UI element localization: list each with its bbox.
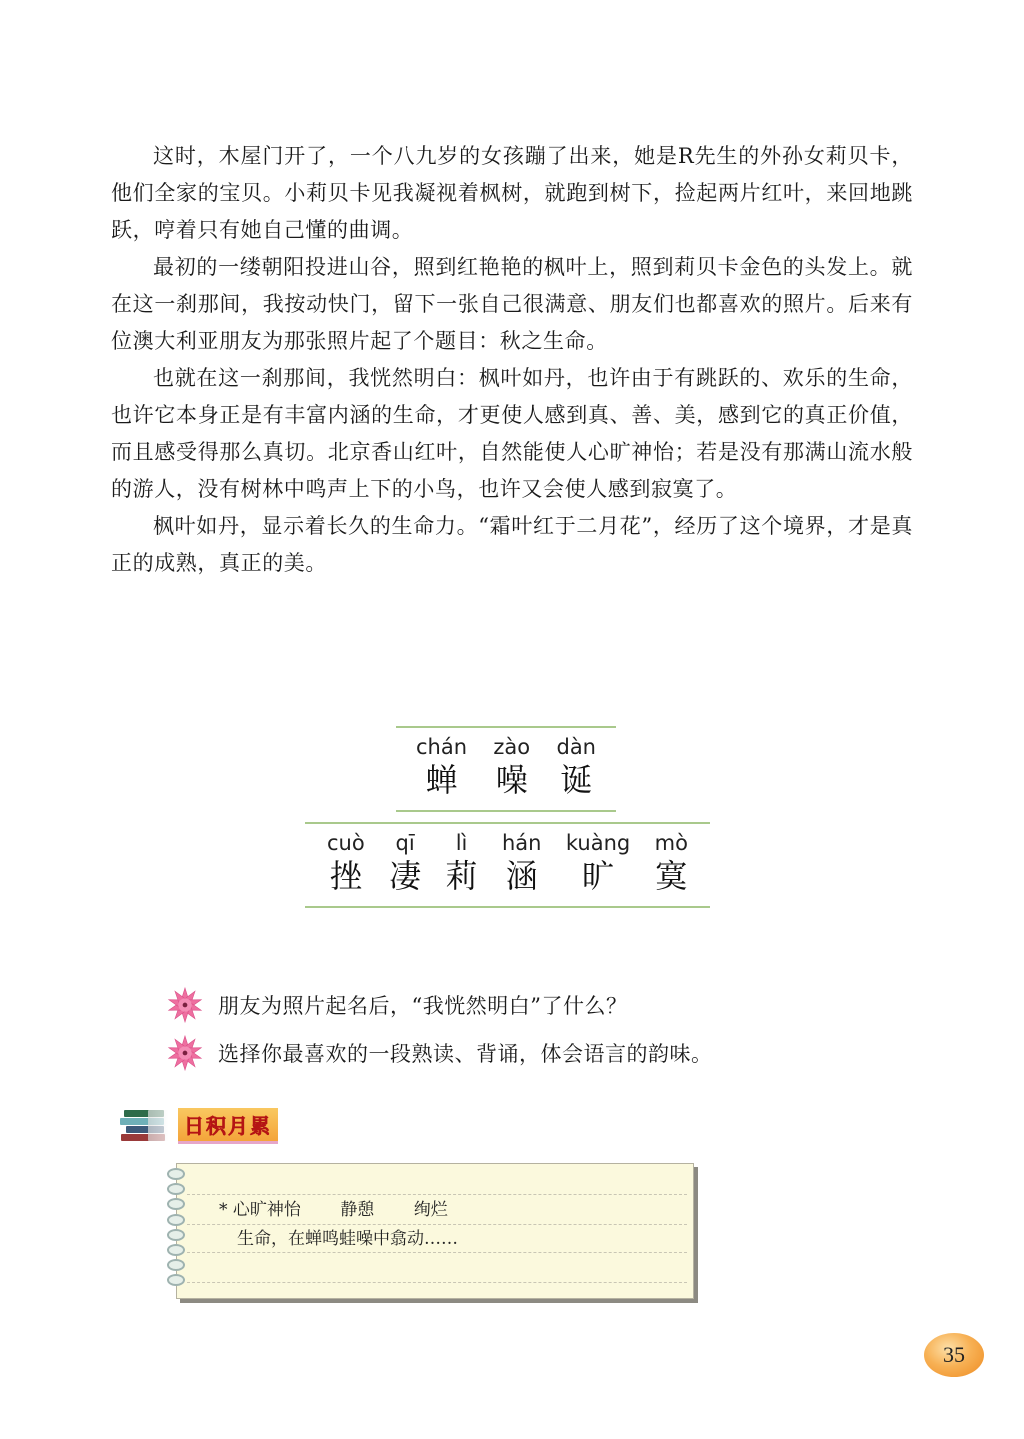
spiral-binding-icon [167, 1168, 189, 1290]
note-word: 静憩 [340, 1200, 374, 1220]
section-header: 日积月累 [118, 1108, 278, 1144]
pinyin: cuò [327, 830, 365, 856]
pinyin: mò [655, 830, 688, 856]
question-text: 朋友为照片起名后，“我恍然明白”了什么？ [218, 990, 627, 1020]
note-vocab-line: * 心旷神怡 静憩 绚烂 [219, 1196, 482, 1225]
flower-bullet-icon [166, 1034, 204, 1072]
notepad-box: * 心旷神怡 静憩 绚烂 生命，在蝉鸣蛙噪中翕动…… [176, 1163, 694, 1299]
hanzi: 噪 [496, 760, 528, 800]
lesson-body-text: 这时，木屋门开了，一个八九岁的女孩蹦了出来，她是R先生的外孙女莉贝卡，他们全家的… [111, 138, 913, 582]
vocab-item: chán 蝉 [416, 728, 467, 810]
books-icon [118, 1108, 176, 1144]
paragraph: 枫叶如丹，显示着长久的生命力。“霜叶红于二月花”，经历了这个境界，才是真正的成熟… [111, 508, 913, 582]
pinyin: qī [396, 830, 415, 856]
note-sentence: 生命，在蝉鸣蛙噪中翕动…… [219, 1225, 482, 1254]
vocab-item: qī 凄 [389, 824, 421, 906]
exercise-questions: 朋友为照片起名后，“我恍然明白”了什么？ [166, 982, 713, 1078]
question-text: 选择你最喜欢的一段熟读、背诵，体会语言的韵味。 [218, 1038, 713, 1068]
hanzi: 挫 [330, 856, 362, 896]
hanzi: 寞 [655, 856, 687, 896]
hanzi: 蝉 [426, 760, 458, 800]
vocab-box-2: cuò 挫 qī 凄 lì 莉 hán 涵 kuàng 旷 mò 寞 [305, 822, 710, 908]
vocab-item: zào 噪 [493, 728, 530, 810]
pinyin: kuàng [566, 830, 630, 856]
paragraph: 这时，木屋门开了，一个八九岁的女孩蹦了出来，她是R先生的外孙女莉贝卡，他们全家的… [111, 138, 913, 249]
hanzi: 莉 [446, 856, 478, 896]
pinyin: dàn [556, 734, 596, 760]
hanzi: 凄 [389, 856, 421, 896]
pinyin: lì [456, 830, 468, 856]
vocab-item: dàn 诞 [556, 728, 596, 810]
vocab-box-1: chán 蝉 zào 噪 dàn 诞 [396, 726, 616, 812]
page-number-badge: 35 [924, 1333, 984, 1377]
hanzi: 涵 [506, 856, 538, 896]
question-item: 选择你最喜欢的一段熟读、背诵，体会语言的韵味。 [166, 1030, 713, 1076]
vocab-item: hán 涵 [502, 824, 542, 906]
pinyin: hán [502, 830, 542, 856]
hanzi: 诞 [560, 760, 592, 800]
section-title: 日积月累 [178, 1108, 278, 1144]
note-word: * 心旷神怡 [219, 1200, 301, 1220]
note-word: 绚烂 [414, 1200, 448, 1220]
vocab-item: kuàng 旷 [566, 824, 630, 906]
vocab-item: lì 莉 [446, 824, 478, 906]
vocab-item: cuò 挫 [327, 824, 365, 906]
hanzi: 旷 [582, 856, 614, 896]
paragraph: 最初的一缕朝阳投进山谷，照到红艳艳的枫叶上，照到莉贝卡金色的头发上。就在这一刹那… [111, 249, 913, 360]
flower-bullet-icon [166, 986, 204, 1024]
pinyin: chán [416, 734, 467, 760]
note-content: * 心旷神怡 静憩 绚烂 生命，在蝉鸣蛙噪中翕动…… [219, 1196, 482, 1254]
paragraph: 也就在这一刹那间，我恍然明白：枫叶如丹，也许由于有跳跃的、欢乐的生命，也许它本身… [111, 360, 913, 508]
pinyin: zào [493, 734, 530, 760]
vocab-item: mò 寞 [655, 824, 688, 906]
question-item: 朋友为照片起名后，“我恍然明白”了什么？ [166, 982, 713, 1028]
